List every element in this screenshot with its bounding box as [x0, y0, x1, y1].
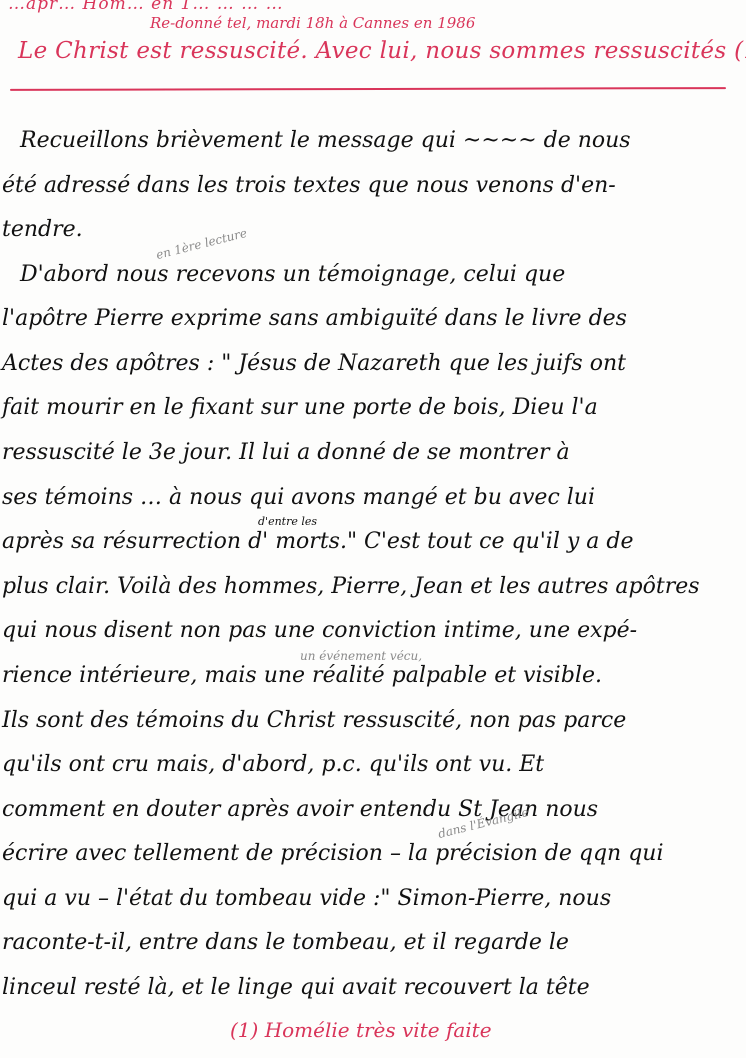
body-line-3: tendre. [2, 217, 83, 242]
body-line-19: raconte-t-il, entre dans le tombeau, et … [2, 930, 569, 955]
body-line-18: qui a vu – l'état du tombeau vide :" Sim… [2, 886, 611, 911]
body-line-9: ses témoins … à nous qui avons mangé et … [2, 485, 595, 510]
footnote: (1) Homélie très vite faite [230, 1018, 492, 1042]
body-line-4: D'abord nous recevons un témoignage, cel… [20, 262, 565, 287]
homily-title: Le Christ est ressuscité. Avec lui, nous… [18, 38, 746, 64]
insertion-from-the-dead: d'entre les [258, 515, 317, 528]
scanned-manuscript-page: …apr… Hom… en 1… … … … Re-donné tel, mar… [0, 0, 746, 1058]
body-line-1: Recueillons brièvement le message qui ~~… [20, 128, 631, 153]
body-line-8: ressuscité le 3e jour. Il lui a donné de… [2, 440, 570, 465]
body-line-20: linceul resté là, et le linge qui avait … [2, 975, 590, 1000]
body-line-15: qu'ils ont cru mais, d'abord, p.c. qu'il… [2, 752, 544, 777]
title-underline [10, 87, 726, 91]
body-line-13: rience intérieure, mais une réalité palp… [2, 663, 602, 688]
body-line-6: Actes des apôtres : " Jésus de Nazareth … [2, 351, 626, 376]
redelivery-note: Re-donné tel, mardi 18h à Cannes en 1986 [150, 14, 475, 32]
body-line-11: plus clair. Voilà des hommes, Pierre, Je… [2, 574, 700, 599]
body-line-2: été adressé dans les trois textes que no… [2, 173, 616, 198]
body-line-14: Ils sont des témoins du Christ ressuscit… [2, 708, 626, 733]
body-line-5: l'apôtre Pierre exprime sans ambiguïté d… [2, 306, 627, 331]
insertion-first-reading: en 1ère lecture [155, 226, 249, 262]
insertion-lived-event: un événement vécu, [300, 649, 422, 663]
body-line-7: fait mourir en le fixant sur une porte d… [2, 395, 598, 420]
body-line-17: écrire avec tellement de précision – la … [2, 841, 664, 866]
body-line-10: après sa résurrection d' morts." C'est t… [2, 529, 634, 554]
body-line-12: qui nous disent non pas une conviction i… [2, 618, 637, 643]
